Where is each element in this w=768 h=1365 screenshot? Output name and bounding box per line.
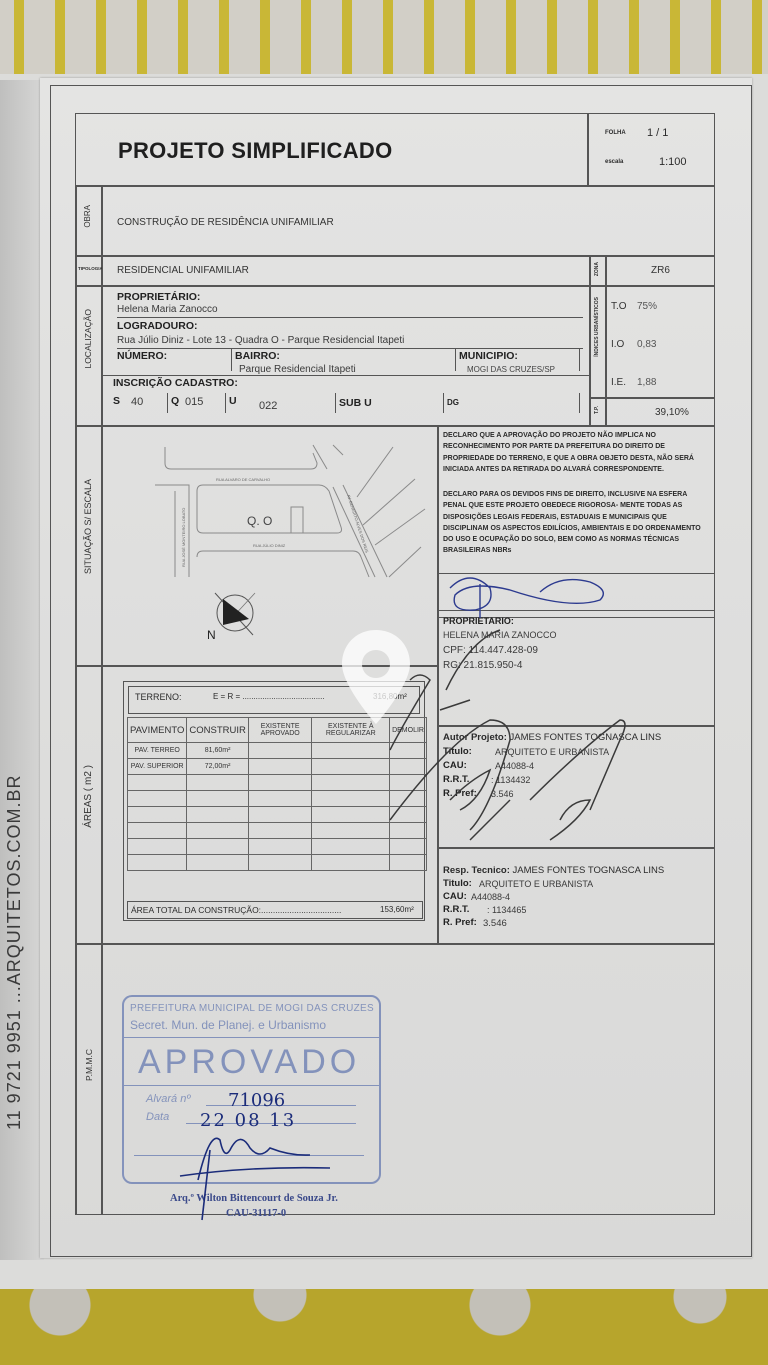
inscricao-s-label: S [113, 395, 120, 407]
quadra-label: Q. O [247, 514, 272, 528]
localizacao-label-cell: LOCALIZAÇÃO [76, 286, 102, 426]
municipio-label: MUNICIPIO: [459, 350, 518, 362]
location-pin-watermark-icon [338, 628, 414, 726]
municipio-value: MOGI DAS CRUZES/SP [467, 365, 555, 374]
proprietario-label: PROPRIETÁRIO: [117, 291, 200, 303]
bairro-label: BAIRRO: [235, 350, 280, 362]
inscricao-u-value: 022 [259, 400, 277, 412]
inscricao-dg-label: DG [447, 398, 459, 407]
signatures-overlay [150, 570, 750, 1240]
areas-label-cell: ÁREAS ( m2 ) [76, 666, 102, 944]
folder-edge: 11 9721 9951 ...ARQUITETOS.COM.BR [0, 80, 44, 1260]
bairro-value: Parque Residencial Itapeti [239, 364, 356, 375]
street-label-alvaro: RUA ALVARO DE CARVALHO [216, 477, 270, 482]
proprietario-value: Helena Maria Zanocco [117, 304, 218, 315]
tipologia-label: TIPOLOGIA [78, 266, 103, 271]
ie-value: 1,88 [637, 377, 656, 388]
inscricao-subu-label: SUB U [339, 397, 372, 409]
inscricao-s-value: 40 [131, 396, 143, 408]
io-value: 0,83 [637, 339, 656, 350]
obra-cell: CONSTRUÇÃO DE RESIDÊNCIA UNIFAMILIAR [102, 186, 714, 256]
obra-label-cell: OBRA [76, 186, 102, 256]
zona-value: ZR6 [651, 265, 670, 276]
inscricao-u-label: U [229, 395, 237, 407]
tp-label: T.P. [594, 406, 600, 414]
street-label-jose: RUA JOSÉ MONTEIRO LOBATO [181, 508, 186, 567]
indices-cell: T.O 75% I.O 0,83 I.E. 1,88 [606, 286, 714, 398]
indices-label-cell: ÍNDICES URBANÍSTICOS [590, 286, 606, 398]
obra-value: CONSTRUÇÃO DE RESIDÊNCIA UNIFAMILIAR [117, 217, 334, 228]
municipal-signature [180, 1138, 330, 1220]
tp-value: 39,10% [655, 407, 689, 418]
escala-value: 1:100 [659, 156, 687, 168]
declaracao-paragraph-2: DECLARO PARA OS DEVIDOS FINS DE DIREITO,… [443, 489, 711, 557]
numero-label: NÚMERO: [117, 350, 167, 362]
situacao-label: SITUAÇÃO S/ ESCALA [83, 479, 93, 574]
situacao-label-cell: SITUAÇÃO S/ ESCALA [76, 426, 102, 666]
inscricao-q-label: Q [171, 395, 179, 407]
areas-label: ÁREAS ( m2 ) [83, 765, 94, 828]
pmmc-label-cell: P.M.M.C [76, 944, 102, 1214]
logradouro-value: Rua Júlio Diniz - Lote 13 - Quadra O - P… [117, 335, 404, 346]
inscricao-row: S 40 Q 015 U 022 SUB U DG [109, 391, 583, 415]
inscricao-label: INSCRIÇÃO CADASTRO: [113, 377, 238, 389]
ie-label: I.E. [611, 377, 626, 388]
logradouro-label: LOGRADOURO: [117, 320, 198, 332]
pmmc-label: P.M.M.C [84, 1049, 94, 1081]
architect-signature [390, 630, 625, 840]
escala-label: escala [605, 159, 623, 165]
localizacao-label: LOCALIZAÇÃO [83, 309, 93, 369]
tp-cell: 39,10% [606, 398, 714, 426]
declaracao-paragraph-1: DECLARO QUE A APROVAÇÃO DO PROJETO NÃO I… [443, 430, 711, 475]
to-value: 75% [637, 301, 657, 312]
folha-label: FOLHA [605, 130, 626, 136]
folha-value: 1 / 1 [647, 127, 668, 139]
owner-signature [450, 578, 603, 618]
tipologia-label-cell: TIPOLOGIA [76, 256, 102, 286]
declaracao-cell: DECLARO QUE A APROVAÇÃO DO PROJETO NÃO I… [438, 426, 714, 574]
tp-label-cell: T.P. [590, 398, 606, 426]
zona-cell: ZR6 [606, 256, 714, 286]
tipologia-value: RESIDENCIAL UNIFAMILIAR [117, 265, 249, 276]
side-print-text: 11 9721 9951 ...ARQUITETOS.COM.BR [4, 680, 34, 1130]
fabric-background-bottom [0, 1285, 768, 1365]
obra-label: OBRA [83, 205, 92, 228]
indices-label: ÍNDICES URBANÍSTICOS [594, 297, 600, 357]
page-title: PROJETO SIMPLIFICADO [118, 138, 393, 164]
zona-label: ZONA [594, 262, 600, 276]
sheet-info: FOLHA 1 / 1 escala 1:100 [588, 114, 714, 186]
street-label-julio: RUA JÚLIO DINIZ [253, 543, 286, 548]
tipologia-cell: RESIDENCIAL UNIFAMILIAR [102, 256, 590, 286]
localizacao-cell: PROPRIETÁRIO: Helena Maria Zanocco LOGRA… [102, 286, 590, 426]
to-label: T.O [611, 301, 627, 312]
zona-label-cell: ZONA [590, 256, 606, 286]
title-block: PROJETO SIMPLIFICADO [76, 114, 588, 186]
io-label: I.O [611, 339, 624, 350]
inscricao-q-value: 015 [185, 396, 203, 408]
fabric-background-top [0, 0, 768, 80]
